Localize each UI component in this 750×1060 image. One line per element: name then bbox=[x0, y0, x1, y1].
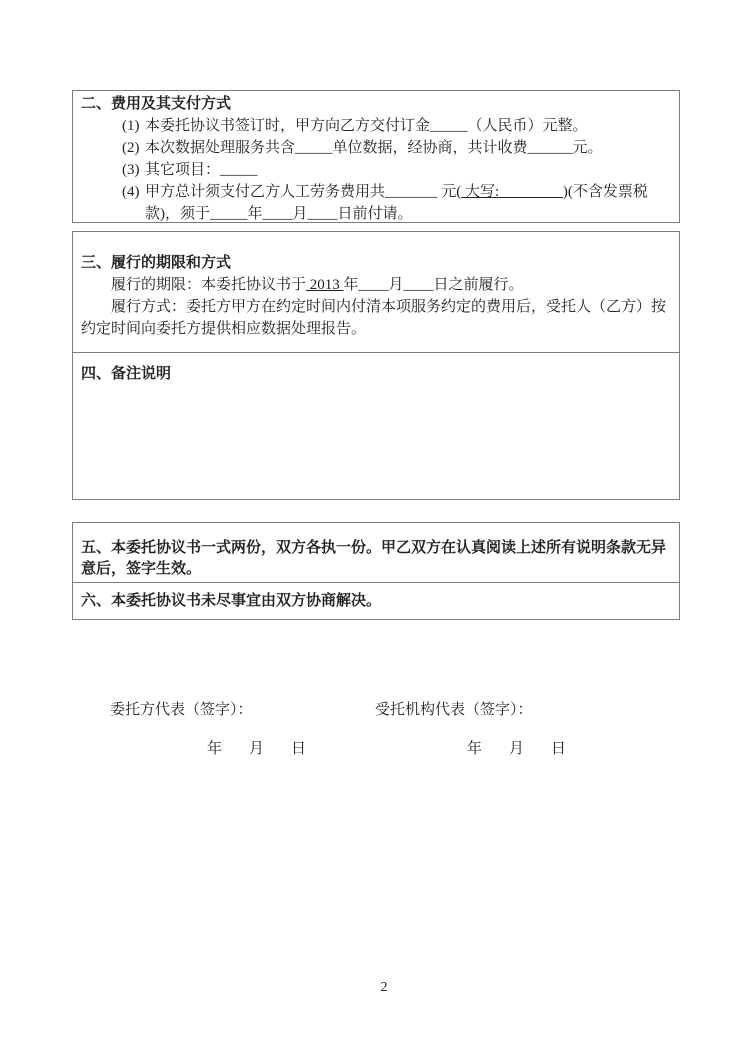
fee-item-2: (2) 本次数据处理服务共含_____单位数据，经协商，共计收费______元。 bbox=[122, 137, 671, 159]
performance-method-line: 履行方式：委托方甲方在约定时间内付清本项服务约定的费用后，受托人（乙方）按约定时… bbox=[81, 296, 671, 340]
year-blank: 2013 bbox=[306, 277, 344, 293]
fee-item-3: (3) 其它项目：_____ bbox=[122, 159, 671, 181]
item-text: 甲方总计须支付乙方人工劳务费用共_______ 元( 大写: )(不含发票税款)… bbox=[145, 181, 671, 225]
capital-amount-blank: 大写: bbox=[461, 184, 563, 200]
item-text: 本次数据处理服务共含_____单位数据，经协商，共计收费______元。 bbox=[145, 137, 671, 159]
fee-item-4: (4) 甲方总计须支付乙方人工劳务费用共_______ 元( 大写: )(不含发… bbox=[122, 181, 671, 225]
item-number: (1) bbox=[122, 115, 145, 137]
fees-section-title: 二、费用及其支付方式 bbox=[81, 93, 671, 115]
fee-item-1: (1) 本委托协议书签订时，甲方向乙方交付订金_____（人民币）元整。 bbox=[122, 115, 671, 137]
performance-term-line: 履行的期限：本委托协议书于 2013 年____月____日之前履行。 bbox=[81, 274, 671, 296]
performance-section: 三、履行的期限和方式 履行的期限：本委托协议书于 2013 年____月____… bbox=[73, 232, 679, 353]
performance-remarks-box: 三、履行的期限和方式 履行的期限：本委托协议书于 2013 年____月____… bbox=[72, 231, 680, 500]
item-number: (3) bbox=[122, 159, 145, 181]
performance-section-title: 三、履行的期限和方式 bbox=[81, 252, 671, 274]
duplicate-copies-clause: 五、本委托协议书一式两份，双方各执一份。甲乙双方在认真阅读上述所有说明条款无异意… bbox=[73, 523, 679, 583]
trustee-signature-label: 受托机构代表（签字）： bbox=[375, 701, 533, 719]
contract-page: 二、费用及其支付方式 (1) 本委托协议书签订时，甲方向乙方交付订金_____（… bbox=[0, 0, 750, 1060]
closing-terms-box: 五、本委托协议书一式两份，双方各执一份。甲乙双方在认真阅读上述所有说明条款无异意… bbox=[72, 522, 680, 620]
item-text: 其它项目：_____ bbox=[145, 159, 671, 181]
item-text: 本委托协议书签订时，甲方向乙方交付订金_____（人民币）元整。 bbox=[145, 115, 671, 137]
client-signature-label: 委托方代表（签字）： bbox=[110, 701, 253, 719]
remarks-section: 四、备注说明 bbox=[73, 353, 679, 385]
client-date-line: 年 月 日 bbox=[207, 740, 312, 758]
remarks-section-title: 四、备注说明 bbox=[81, 363, 671, 385]
trustee-date-line: 年 月 日 bbox=[467, 740, 572, 758]
negotiation-clause: 六、本委托协议书未尽事宜由双方协商解决。 bbox=[73, 583, 679, 612]
item-number: (2) bbox=[122, 137, 145, 159]
item-number: (4) bbox=[122, 181, 145, 225]
fees-section-box: 二、费用及其支付方式 (1) 本委托协议书签订时，甲方向乙方交付订金_____（… bbox=[72, 90, 680, 223]
page-number: 2 bbox=[374, 980, 394, 996]
